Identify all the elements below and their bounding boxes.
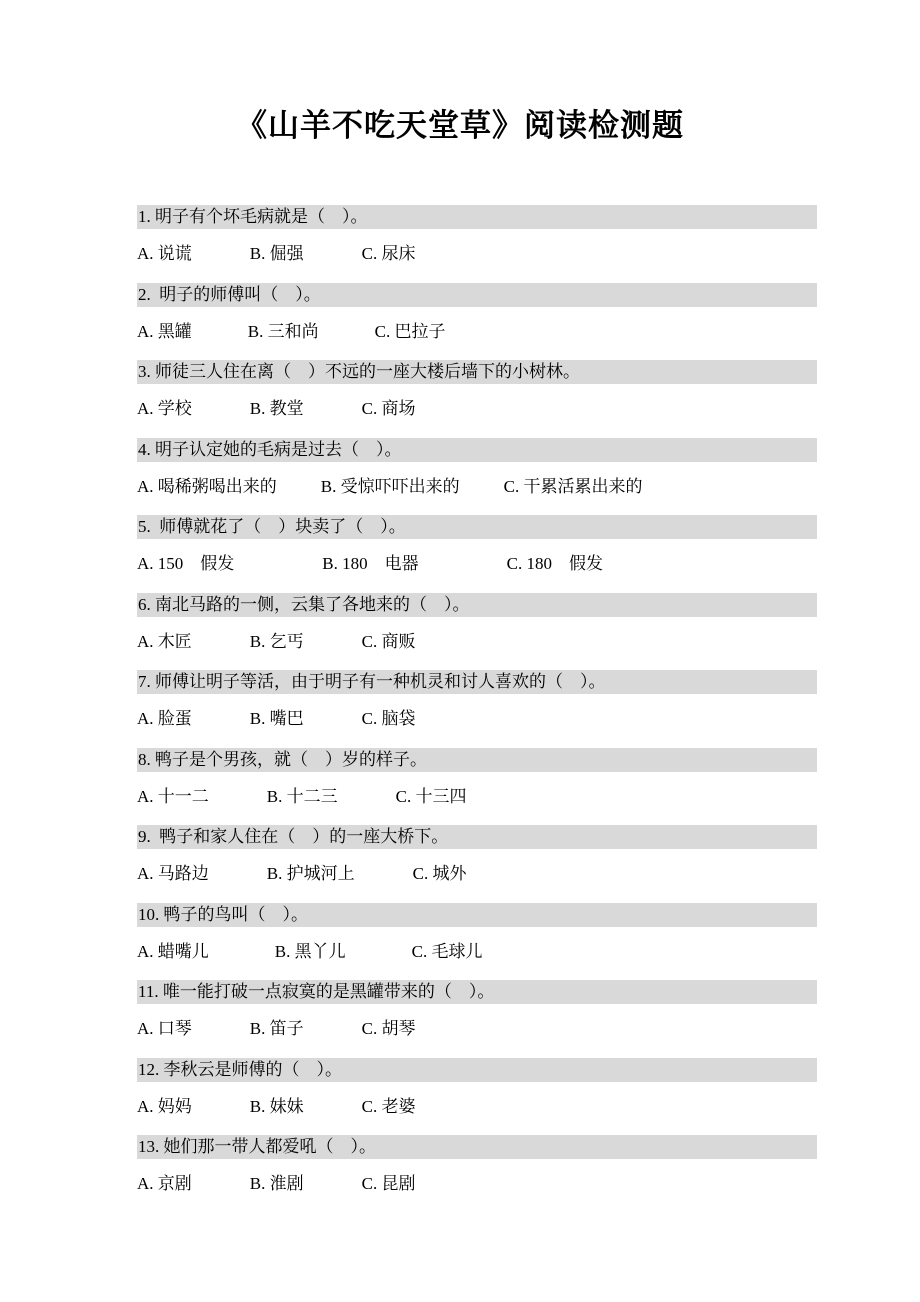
question-prompt: 6. 南北马路的一侧，云集了各地来的（ ）。 <box>137 593 817 617</box>
question-block: 8. 鸭子是个男孩，就（ ）岁的样子。 A. 十一二B. 十二三C. 十三四 <box>137 748 817 808</box>
option-item: C. 毛球儿 <box>412 941 483 963</box>
question-block: 13. 她们那一带人都爱吼（ ）。 A. 京剧B. 淮剧C. 昆剧 <box>137 1135 817 1195</box>
question-prompt: 11. 唯一能打破一点寂寞的是黑罐带来的（ ）。 <box>137 980 817 1004</box>
option-item: C. 十三四 <box>396 786 467 808</box>
option-item: B. 笛子 <box>250 1018 304 1040</box>
option-item: A. 喝稀粥喝出来的 <box>137 476 277 498</box>
option-item: C. 脑袋 <box>362 708 416 730</box>
question-options: A. 十一二B. 十二三C. 十三四 <box>137 786 817 808</box>
option-item: B. 倔强 <box>250 243 304 265</box>
question-options: A. 京剧B. 淮剧C. 昆剧 <box>137 1173 817 1195</box>
question-block: 7. 师傅让明子等活，由于明子有一种机灵和讨人喜欢的（ ）。 A. 脸蛋B. 嘴… <box>137 670 817 730</box>
question-options: A. 蜡嘴儿B. 黑丫儿C. 毛球儿 <box>137 941 817 963</box>
option-item: A. 脸蛋 <box>137 708 192 730</box>
option-item: A. 说谎 <box>137 243 192 265</box>
question-block: 6. 南北马路的一侧，云集了各地来的（ ）。 A. 木匠B. 乞丐C. 商贩 <box>137 593 817 653</box>
option-item: B. 十二三 <box>267 786 338 808</box>
option-item: B. 嘴巴 <box>250 708 304 730</box>
document-page: 《山羊不吃天堂草》阅读检测题 1. 明子有个坏毛病就是（ ）。 A. 说谎B. … <box>0 0 920 1302</box>
question-block: 3. 师徒三人住在离（ ）不远的一座大楼后墙下的小树林。 A. 学校B. 教堂C… <box>137 360 817 420</box>
questions-list: 1. 明子有个坏毛病就是（ ）。 A. 说谎B. 倔强C. 尿床 2. 明子的师… <box>137 205 817 1195</box>
question-options: A. 学校B. 教堂C. 商场 <box>137 398 817 420</box>
question-options: A. 口琴B. 笛子C. 胡琴 <box>137 1018 817 1040</box>
option-item: B. 180 电器 <box>322 553 418 575</box>
question-options: A. 脸蛋B. 嘴巴C. 脑袋 <box>137 708 817 730</box>
question-prompt: 12. 李秋云是师傅的（ ）。 <box>137 1058 817 1082</box>
question-options: A. 黑罐B. 三和尚C. 巴拉子 <box>137 321 817 343</box>
option-item: A. 蜡嘴儿 <box>137 941 209 963</box>
document-title: 《山羊不吃天堂草》阅读检测题 <box>0 0 920 148</box>
option-item: C. 商场 <box>362 398 416 420</box>
question-options: A. 木匠B. 乞丐C. 商贩 <box>137 631 817 653</box>
option-item: A. 150 假发 <box>137 553 234 575</box>
question-block: 2. 明子的师傅叫（ ）。 A. 黑罐B. 三和尚C. 巴拉子 <box>137 283 817 343</box>
option-item: C. 城外 <box>413 863 467 885</box>
option-item: C. 老婆 <box>362 1096 416 1118</box>
question-block: 11. 唯一能打破一点寂寞的是黑罐带来的（ ）。 A. 口琴B. 笛子C. 胡琴 <box>137 980 817 1040</box>
option-item: A. 十一二 <box>137 786 209 808</box>
option-item: A. 马路边 <box>137 863 209 885</box>
option-item: C. 胡琴 <box>362 1018 416 1040</box>
question-prompt: 3. 师徒三人住在离（ ）不远的一座大楼后墙下的小树林。 <box>137 360 817 384</box>
option-item: C. 商贩 <box>362 631 416 653</box>
question-block: 1. 明子有个坏毛病就是（ ）。 A. 说谎B. 倔强C. 尿床 <box>137 205 817 265</box>
question-prompt: 9. 鸭子和家人住在（ ）的一座大桥下。 <box>137 825 817 849</box>
question-block: 4. 明子认定她的毛病是过去（ ）。 A. 喝稀粥喝出来的B. 受惊吓吓出来的C… <box>137 438 817 498</box>
question-block: 12. 李秋云是师傅的（ ）。 A. 妈妈B. 妹妹C. 老婆 <box>137 1058 817 1118</box>
question-prompt: 4. 明子认定她的毛病是过去（ ）。 <box>137 438 817 462</box>
question-options: A. 妈妈B. 妹妹C. 老婆 <box>137 1096 817 1118</box>
question-block: 5. 师傅就花了（ ）块卖了（ ）。 A. 150 假发B. 180 电器C. … <box>137 515 817 575</box>
option-item: A. 妈妈 <box>137 1096 192 1118</box>
question-prompt: 7. 师傅让明子等活，由于明子有一种机灵和讨人喜欢的（ ）。 <box>137 670 817 694</box>
option-item: A. 木匠 <box>137 631 192 653</box>
option-item: B. 三和尚 <box>248 321 319 343</box>
question-prompt: 10. 鸭子的鸟叫（ ）。 <box>137 903 817 927</box>
option-item: B. 护城河上 <box>267 863 355 885</box>
option-item: A. 学校 <box>137 398 192 420</box>
option-item: C. 昆剧 <box>362 1173 416 1195</box>
option-item: A. 口琴 <box>137 1018 192 1040</box>
option-item: C. 巴拉子 <box>375 321 446 343</box>
question-options: A. 马路边B. 护城河上C. 城外 <box>137 863 817 885</box>
option-item: B. 受惊吓吓出来的 <box>321 476 460 498</box>
question-prompt: 2. 明子的师傅叫（ ）。 <box>137 283 817 307</box>
question-block: 10. 鸭子的鸟叫（ ）。 A. 蜡嘴儿B. 黑丫儿C. 毛球儿 <box>137 903 817 963</box>
question-prompt: 1. 明子有个坏毛病就是（ ）。 <box>137 205 817 229</box>
question-prompt: 8. 鸭子是个男孩，就（ ）岁的样子。 <box>137 748 817 772</box>
option-item: A. 黑罐 <box>137 321 192 343</box>
option-item: B. 教堂 <box>250 398 304 420</box>
question-prompt: 5. 师傅就花了（ ）块卖了（ ）。 <box>137 515 817 539</box>
option-item: B. 黑丫儿 <box>275 941 346 963</box>
option-item: B. 妹妹 <box>250 1096 304 1118</box>
question-options: A. 喝稀粥喝出来的B. 受惊吓吓出来的C. 干累活累出来的 <box>137 476 817 498</box>
option-item: B. 乞丐 <box>250 631 304 653</box>
option-item: C. 180 假发 <box>507 553 603 575</box>
option-item: C. 干累活累出来的 <box>504 476 643 498</box>
option-item: C. 尿床 <box>362 243 416 265</box>
question-options: A. 150 假发B. 180 电器C. 180 假发 <box>137 553 817 575</box>
question-prompt: 13. 她们那一带人都爱吼（ ）。 <box>137 1135 817 1159</box>
question-block: 9. 鸭子和家人住在（ ）的一座大桥下。 A. 马路边B. 护城河上C. 城外 <box>137 825 817 885</box>
option-item: B. 淮剧 <box>250 1173 304 1195</box>
question-options: A. 说谎B. 倔强C. 尿床 <box>137 243 817 265</box>
option-item: A. 京剧 <box>137 1173 192 1195</box>
